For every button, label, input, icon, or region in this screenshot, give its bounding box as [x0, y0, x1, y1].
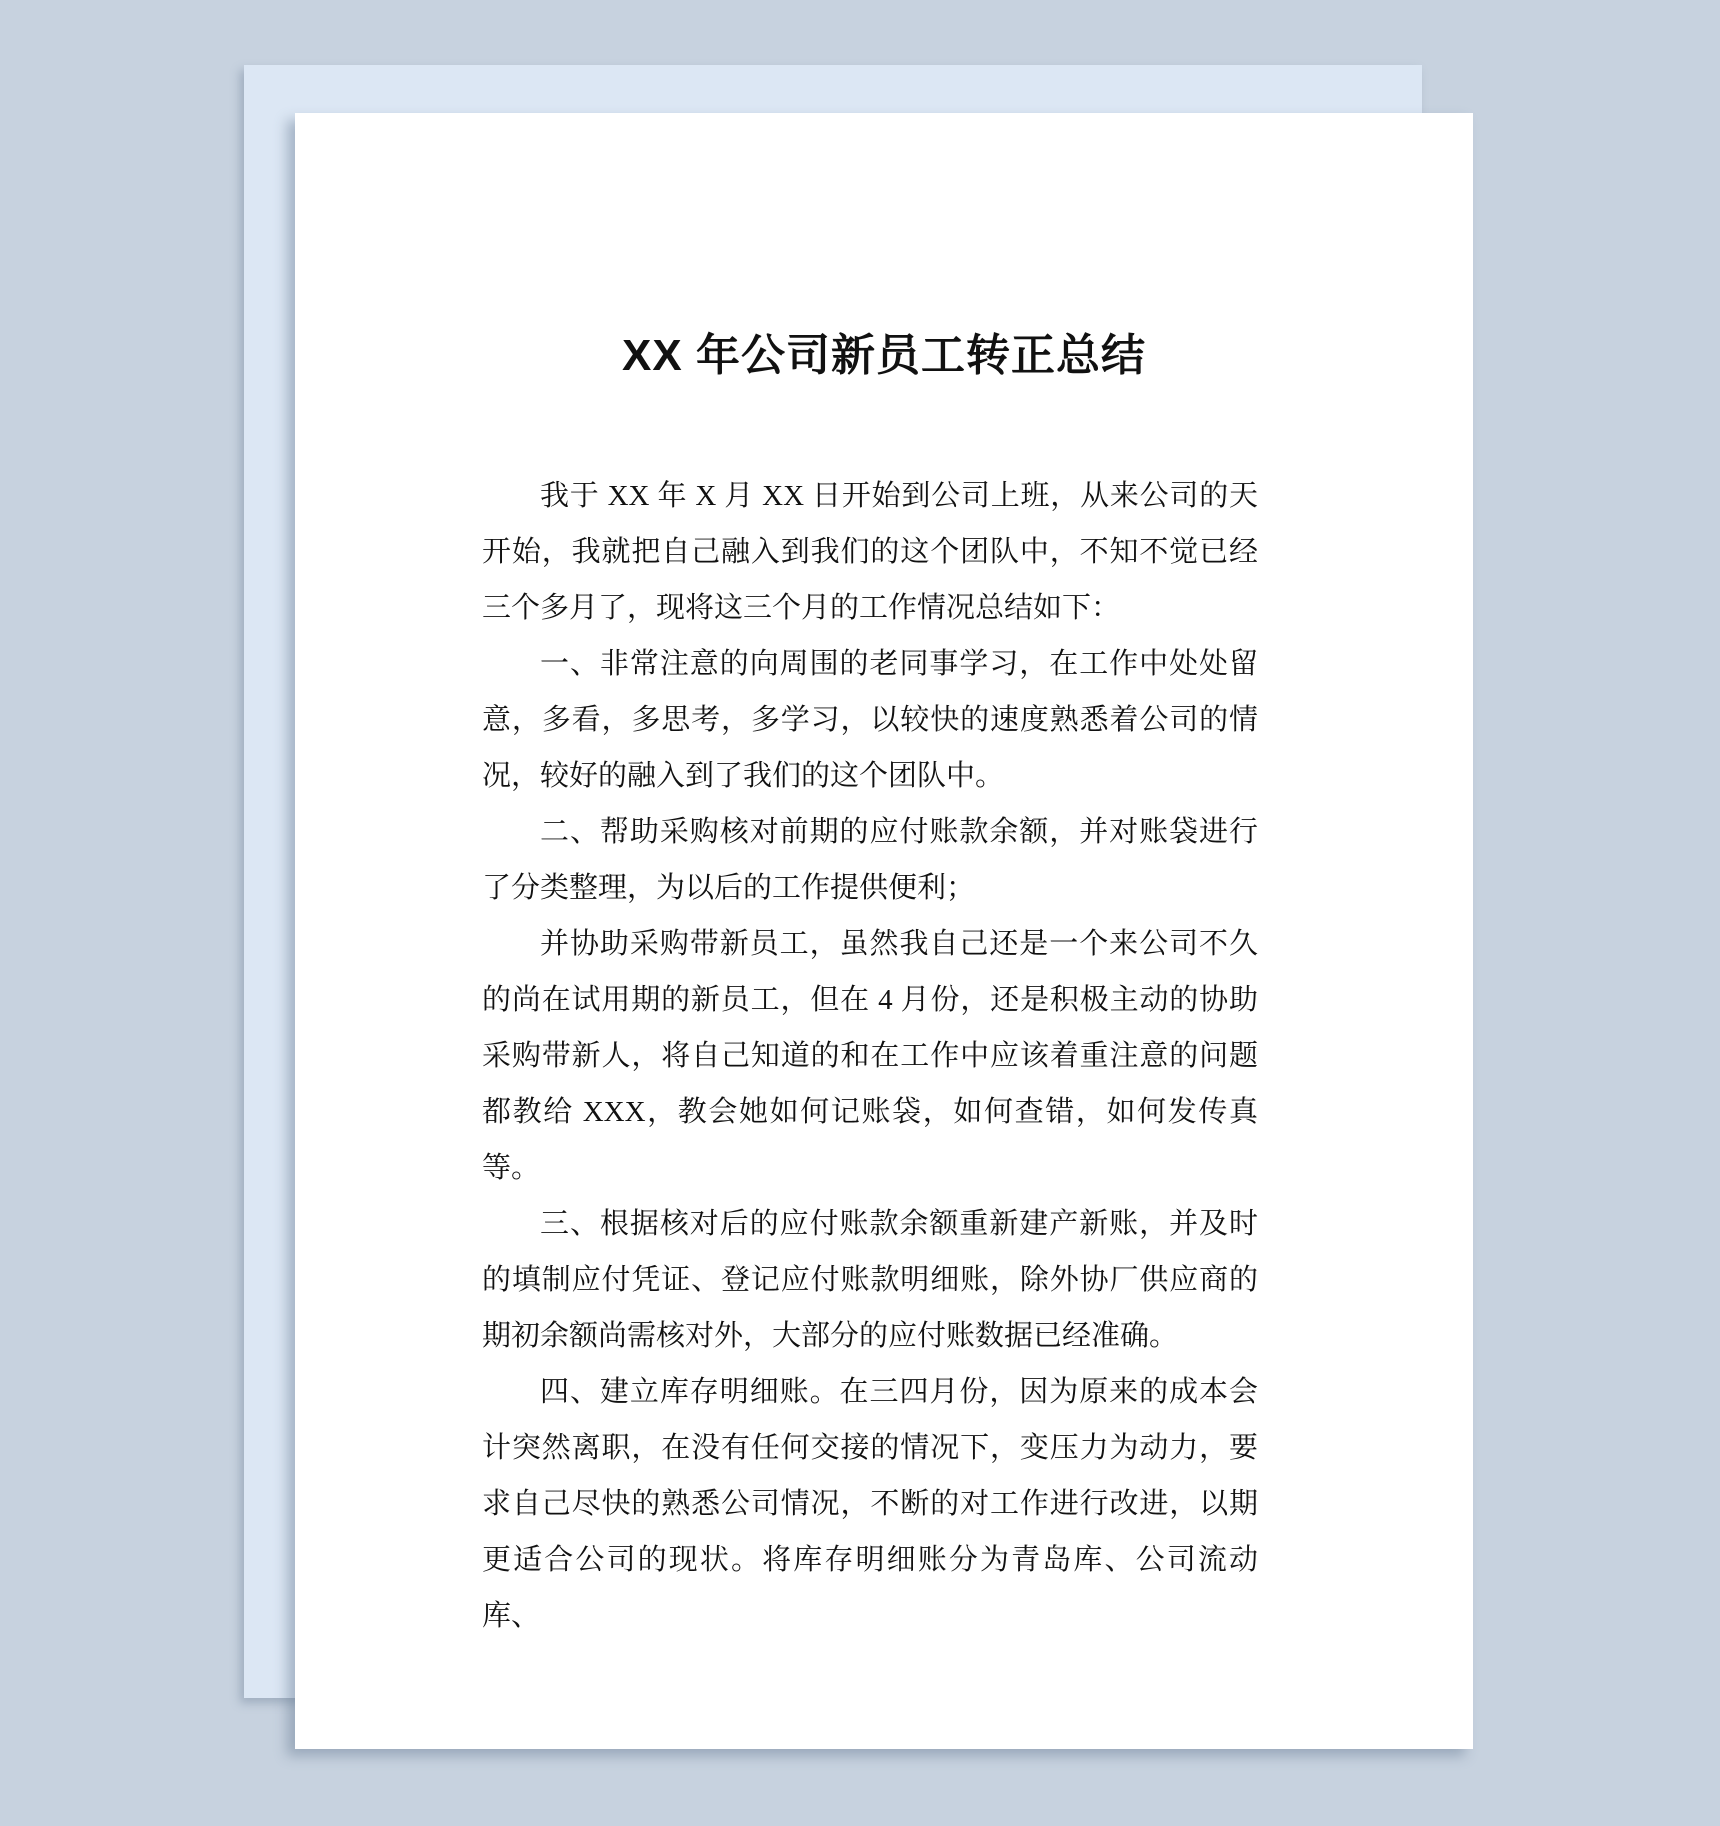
document-preview-canvas: XX 年公司新员工转正总结 我于 XX 年 X 月 XX 日开始到公司上班，从来…	[0, 0, 1720, 1826]
paragraph-item-2-continued: 并协助采购带新员工，虽然我自己还是一个来公司不久的尚在试用期的新员工，但在 4 …	[482, 916, 1258, 1196]
document-body: 我于 XX 年 X 月 XX 日开始到公司上班，从来公司的天开始，我就把自己融入…	[482, 468, 1258, 1644]
paragraph-item-3: 三、根据核对后的应付账款余额重新建产新账，并及时的填制应付凭证、登记应付账款明细…	[482, 1196, 1258, 1364]
document-page: XX 年公司新员工转正总结 我于 XX 年 X 月 XX 日开始到公司上班，从来…	[295, 113, 1473, 1749]
document-title: XX 年公司新员工转正总结	[295, 333, 1473, 379]
paragraph-item-2: 二、帮助采购核对前期的应付账款余额，并对账袋进行了分类整理，为以后的工作提供便利…	[482, 804, 1258, 916]
paragraph-item-4: 四、建立库存明细账。在三四月份，因为原来的成本会计突然离职，在没有任何交接的情况…	[482, 1364, 1258, 1644]
paragraph-item-1: 一、非常注意的向周围的老同事学习，在工作中处处留意，多看，多思考，多学习，以较快…	[482, 636, 1258, 804]
paragraph-intro: 我于 XX 年 X 月 XX 日开始到公司上班，从来公司的天开始，我就把自己融入…	[482, 468, 1258, 636]
